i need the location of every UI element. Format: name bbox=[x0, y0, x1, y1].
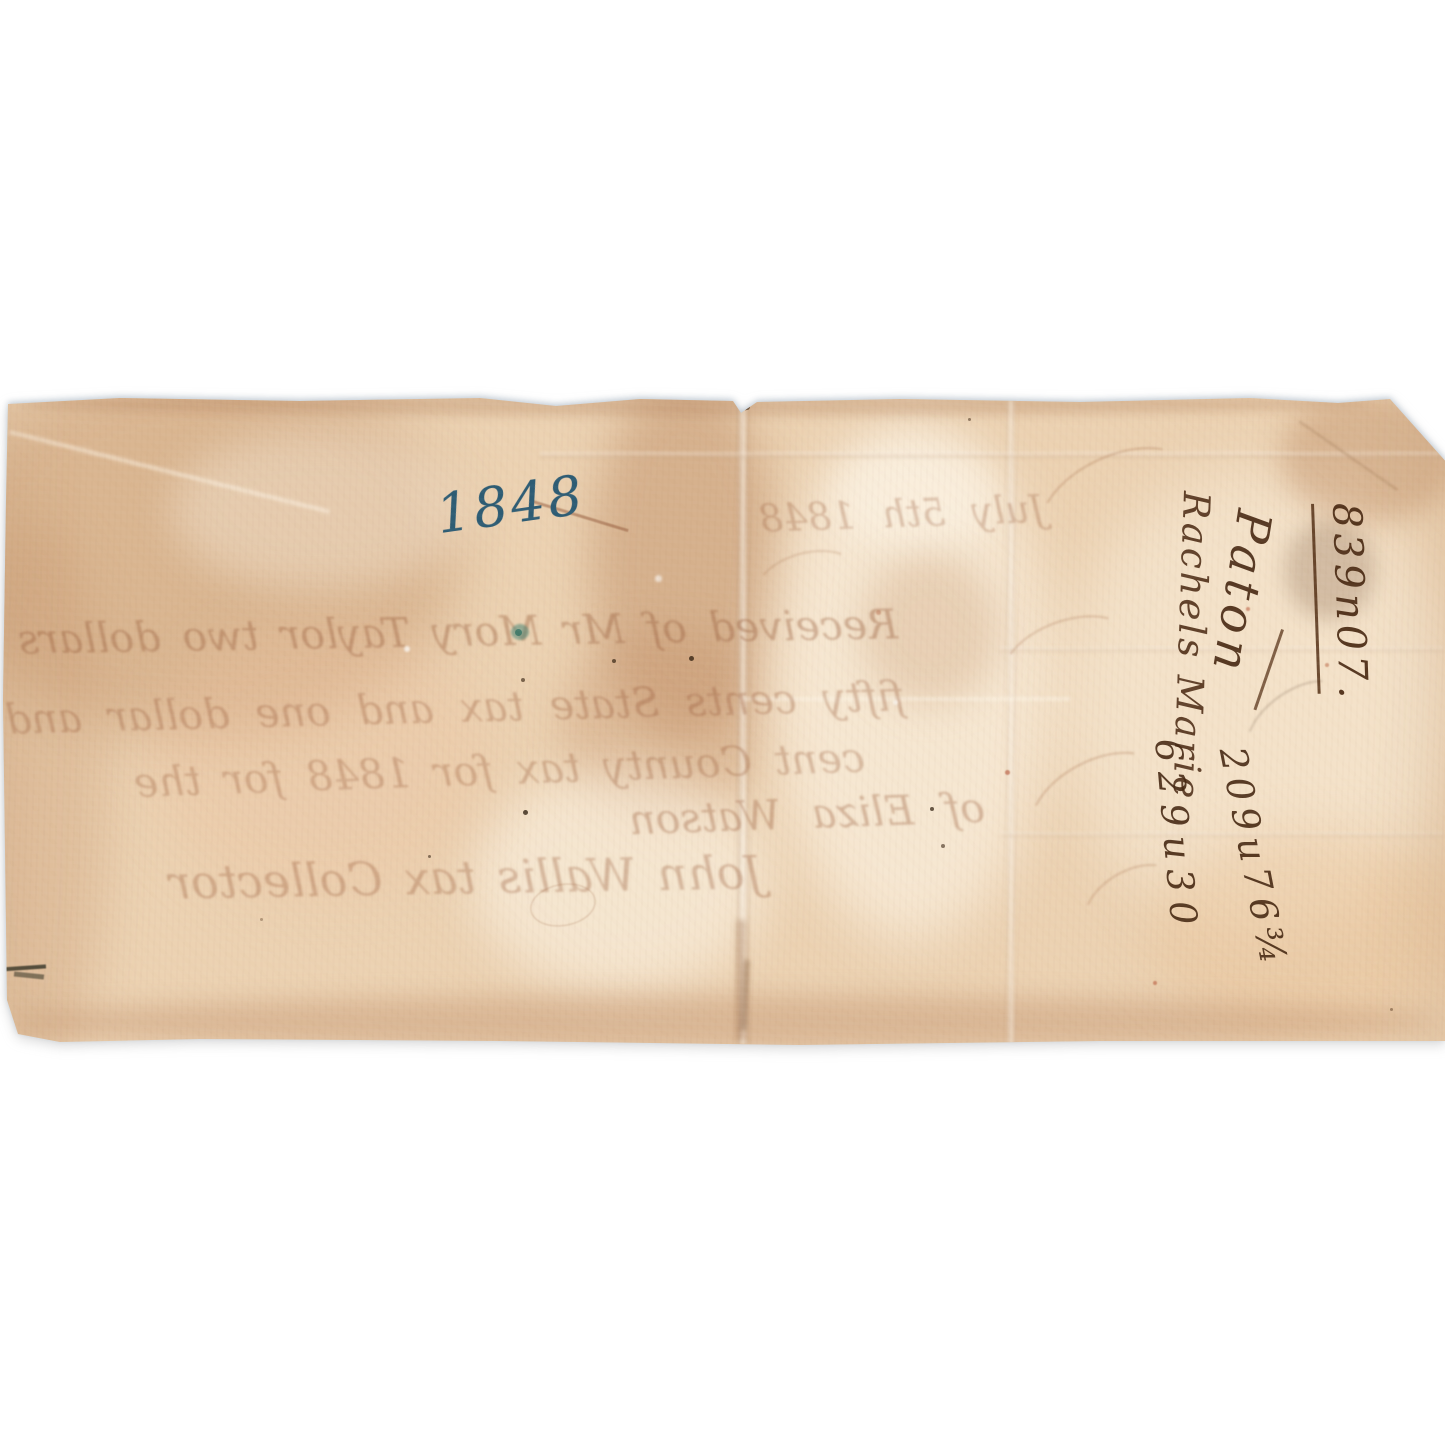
receipt-paper-back: July 5th 1848 Received of Mr Mory Taylor… bbox=[0, 0, 1445, 1445]
paper-shadow-wrap: July 5th 1848 Received of Mr Mory Taylor… bbox=[0, 0, 1445, 1445]
paper-vignette bbox=[0, 0, 1445, 1445]
scanned-receipt-photo: July 5th 1848 Received of Mr Mory Taylor… bbox=[0, 0, 1445, 1445]
